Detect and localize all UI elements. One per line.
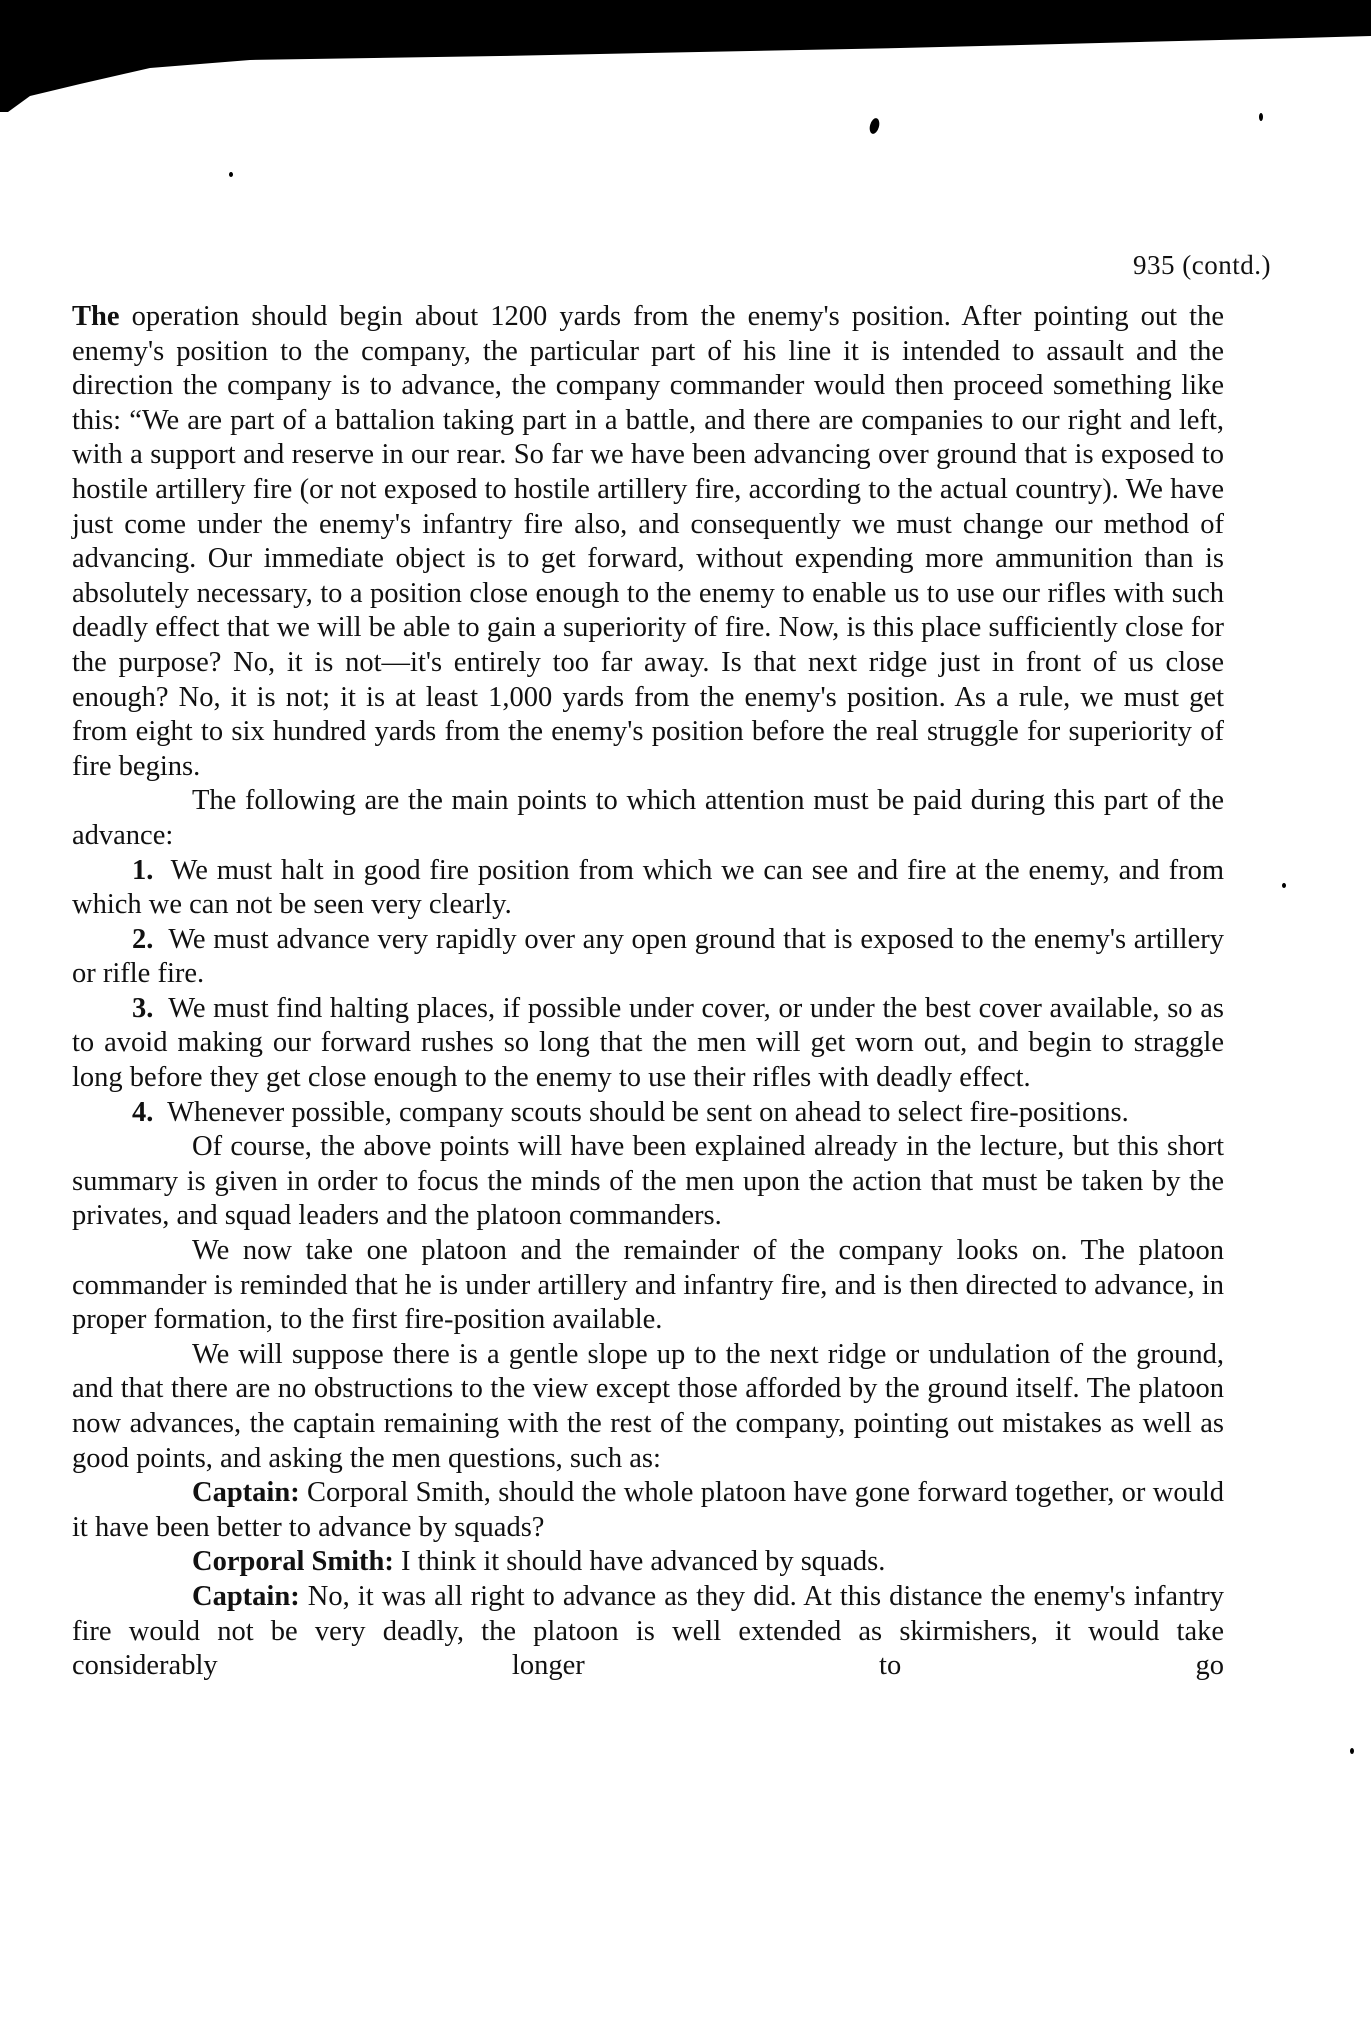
- body-text: The operation should begin about 1200 ya…: [72, 300, 1224, 1684]
- point-number: 2.: [132, 924, 153, 955]
- dialogue-text: I think it should have advanced by squad…: [394, 1546, 886, 1577]
- point-text: We must halt in good fire position from …: [72, 855, 1224, 921]
- page-number: 935 (contd.): [1133, 250, 1271, 281]
- scan-speck: [229, 172, 233, 177]
- paragraph-summary: Of course, the above points will have be…: [72, 1130, 1224, 1234]
- speaker-label: Captain:: [192, 1581, 300, 1612]
- point-number: 1.: [132, 855, 153, 886]
- paragraph-text: operation should begin about 1200 yards …: [72, 301, 1224, 782]
- point-number: 3.: [132, 993, 153, 1024]
- speaker-label: Captain:: [192, 1477, 300, 1508]
- numbered-point: 3. We must find halting places, if possi…: [72, 992, 1224, 1096]
- dialogue-line: Captain: No, it was all right to advance…: [72, 1580, 1224, 1684]
- point-number: 4.: [132, 1097, 153, 1128]
- scan-speck: [868, 117, 881, 135]
- point-text: We must find halting places, if possible…: [72, 993, 1224, 1093]
- dialogue-line: Corporal Smith: I think it should have a…: [72, 1545, 1224, 1580]
- numbered-point: 2. We must advance very rapidly over any…: [72, 923, 1224, 992]
- numbered-point: 4. Whenever possible, company scouts sho…: [72, 1096, 1224, 1131]
- numbered-point: 1. We must halt in good fire position fr…: [72, 854, 1224, 923]
- scan-border-shadow: [0, 0, 1371, 112]
- speaker-label: Corporal Smith:: [192, 1546, 394, 1577]
- paragraph-slope: We will suppose there is a gentle slope …: [72, 1338, 1224, 1476]
- point-text: Whenever possible, company scouts should…: [167, 1097, 1129, 1128]
- scan-speck: [1282, 883, 1286, 888]
- scan-speck: [1350, 1748, 1354, 1754]
- scan-speck: [1259, 113, 1263, 121]
- paragraph-points-intro: The following are the main points to whi…: [72, 784, 1224, 853]
- dialogue-line: Captain: Corporal Smith, should the whol…: [72, 1476, 1224, 1545]
- point-text: We must advance very rapidly over any op…: [72, 924, 1224, 990]
- paragraph-lead-word: The: [72, 301, 120, 332]
- paragraph-platoon: We now take one platoon and the remainde…: [72, 1234, 1224, 1338]
- paragraph-opening: The operation should begin about 1200 ya…: [72, 300, 1224, 784]
